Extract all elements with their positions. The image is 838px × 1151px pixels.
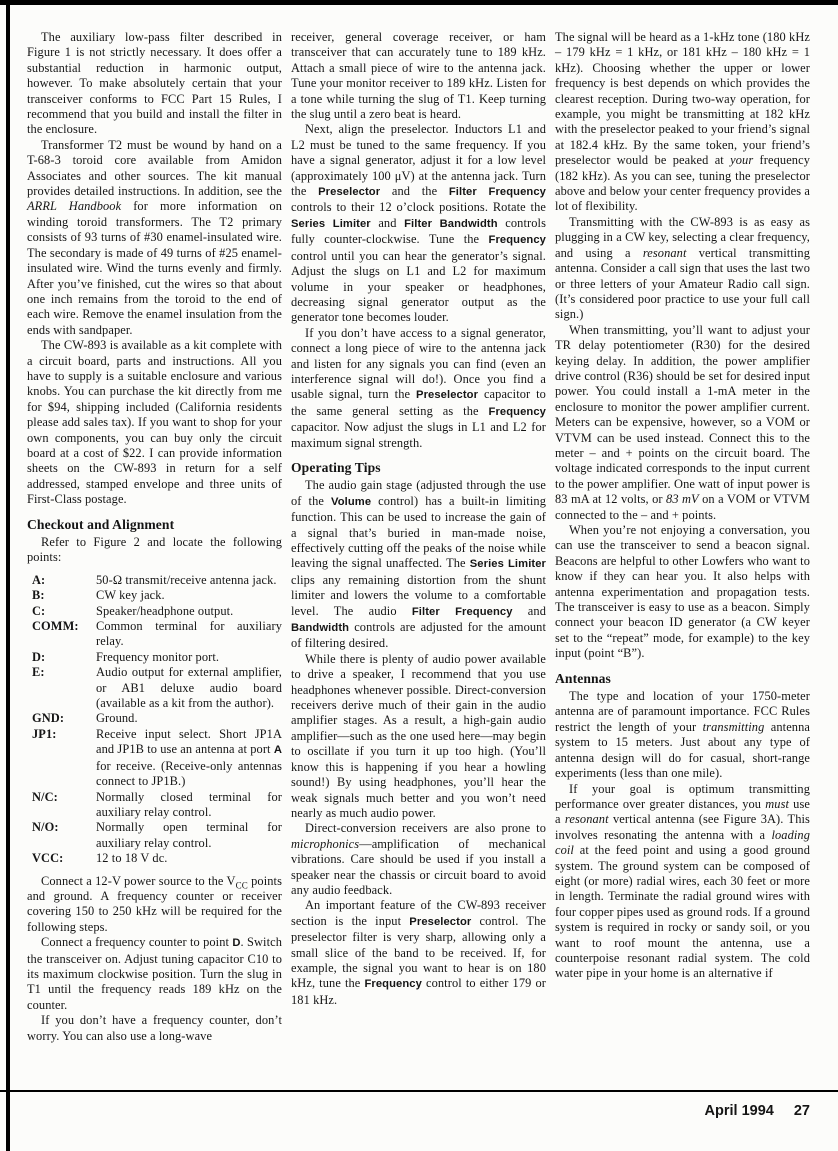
issue-date: April 1994 xyxy=(705,1103,774,1119)
paragraph: Transformer T2 must be wound by hand on … xyxy=(27,138,282,338)
paragraph: Next, align the preselector. Inductors L… xyxy=(291,122,546,325)
point-definition: Normally closed terminal for auxiliary r… xyxy=(96,790,282,821)
column-2: receiver, general coverage receiver, or … xyxy=(291,30,546,1044)
point-term: N/C: xyxy=(32,790,96,821)
paragraph: An important feature of the CW-893 recei… xyxy=(291,898,546,1008)
page-top-border xyxy=(0,0,838,5)
point-term: VCC: xyxy=(32,851,96,866)
point-term: JP1: xyxy=(32,727,96,790)
section-heading: Operating Tips xyxy=(291,460,546,475)
paragraph: Connect a 12-V power source to the VCC p… xyxy=(27,874,282,936)
column-3: The signal will be heard as a 1-kHz tone… xyxy=(555,30,810,1044)
page-left-border xyxy=(6,0,10,1151)
page-bottom-rule xyxy=(0,1090,838,1092)
paragraph: If you don’t have a frequency counter, d… xyxy=(27,1013,282,1044)
point-term: GND: xyxy=(32,711,96,726)
point-definition: Speaker/headphone output. xyxy=(96,604,282,619)
point-definition: Ground. xyxy=(96,711,282,726)
point-term: D: xyxy=(32,650,96,665)
page-footer: April 199427 xyxy=(705,1103,810,1119)
point-term: B: xyxy=(32,588,96,603)
paragraph: When you’re not enjoying a conversation,… xyxy=(555,523,810,662)
section-heading: Checkout and Alignment xyxy=(27,517,282,532)
point-definition: 12 to 18 V dc. xyxy=(96,851,282,866)
paragraph: Transmitting with the CW-893 is as easy … xyxy=(555,215,810,323)
point-term: C: xyxy=(32,604,96,619)
paragraph: The signal will be heard as a 1-kHz tone… xyxy=(555,30,810,215)
point-term: N/O: xyxy=(32,820,96,851)
paragraph: Direct-conversion receivers are also pro… xyxy=(291,821,546,898)
point-definition: CW key jack. xyxy=(96,588,282,603)
paragraph: The type and location of your 1750-meter… xyxy=(555,689,810,781)
point-definition: Common terminal for auxiliary relay. xyxy=(96,619,282,650)
point-definition: 50-Ω transmit/receive antenna jack. xyxy=(96,573,282,588)
page-number: 27 xyxy=(794,1103,810,1119)
point-term: COMM: xyxy=(32,619,96,650)
point-definition: Audio output for external amplifier, or … xyxy=(96,665,282,711)
paragraph: If your goal is optimum transmitting per… xyxy=(555,782,810,982)
paragraph: receiver, general coverage receiver, or … xyxy=(291,30,546,122)
section-heading: Antennas xyxy=(555,671,810,686)
article-body: The auxiliary low-pass filter described … xyxy=(27,30,810,1044)
point-definition: Receive input select. Short JP1A and JP1… xyxy=(96,727,282,790)
paragraph: The audio gain stage (adjusted through t… xyxy=(291,478,546,651)
paragraph: When transmitting, you’ll want to adjust… xyxy=(555,323,810,523)
point-definition: Normally open terminal for auxiliary rel… xyxy=(96,820,282,851)
point-term: E: xyxy=(32,665,96,711)
paragraph: If you don’t have access to a signal gen… xyxy=(291,326,546,451)
point-definition: Frequency monitor port. xyxy=(96,650,282,665)
paragraph: Connect a frequency counter to point D. … xyxy=(27,935,282,1013)
paragraph: Refer to Figure 2 and locate the followi… xyxy=(27,535,282,566)
connection-points-list: A:50-Ω transmit/receive antenna jack.B:C… xyxy=(32,573,282,867)
paragraph: While there is plenty of audio power ava… xyxy=(291,652,546,821)
paragraph: The auxiliary low-pass filter described … xyxy=(27,30,282,138)
point-term: A: xyxy=(32,573,96,588)
column-1: The auxiliary low-pass filter described … xyxy=(27,30,282,1044)
paragraph: The CW-893 is available as a kit complet… xyxy=(27,338,282,507)
